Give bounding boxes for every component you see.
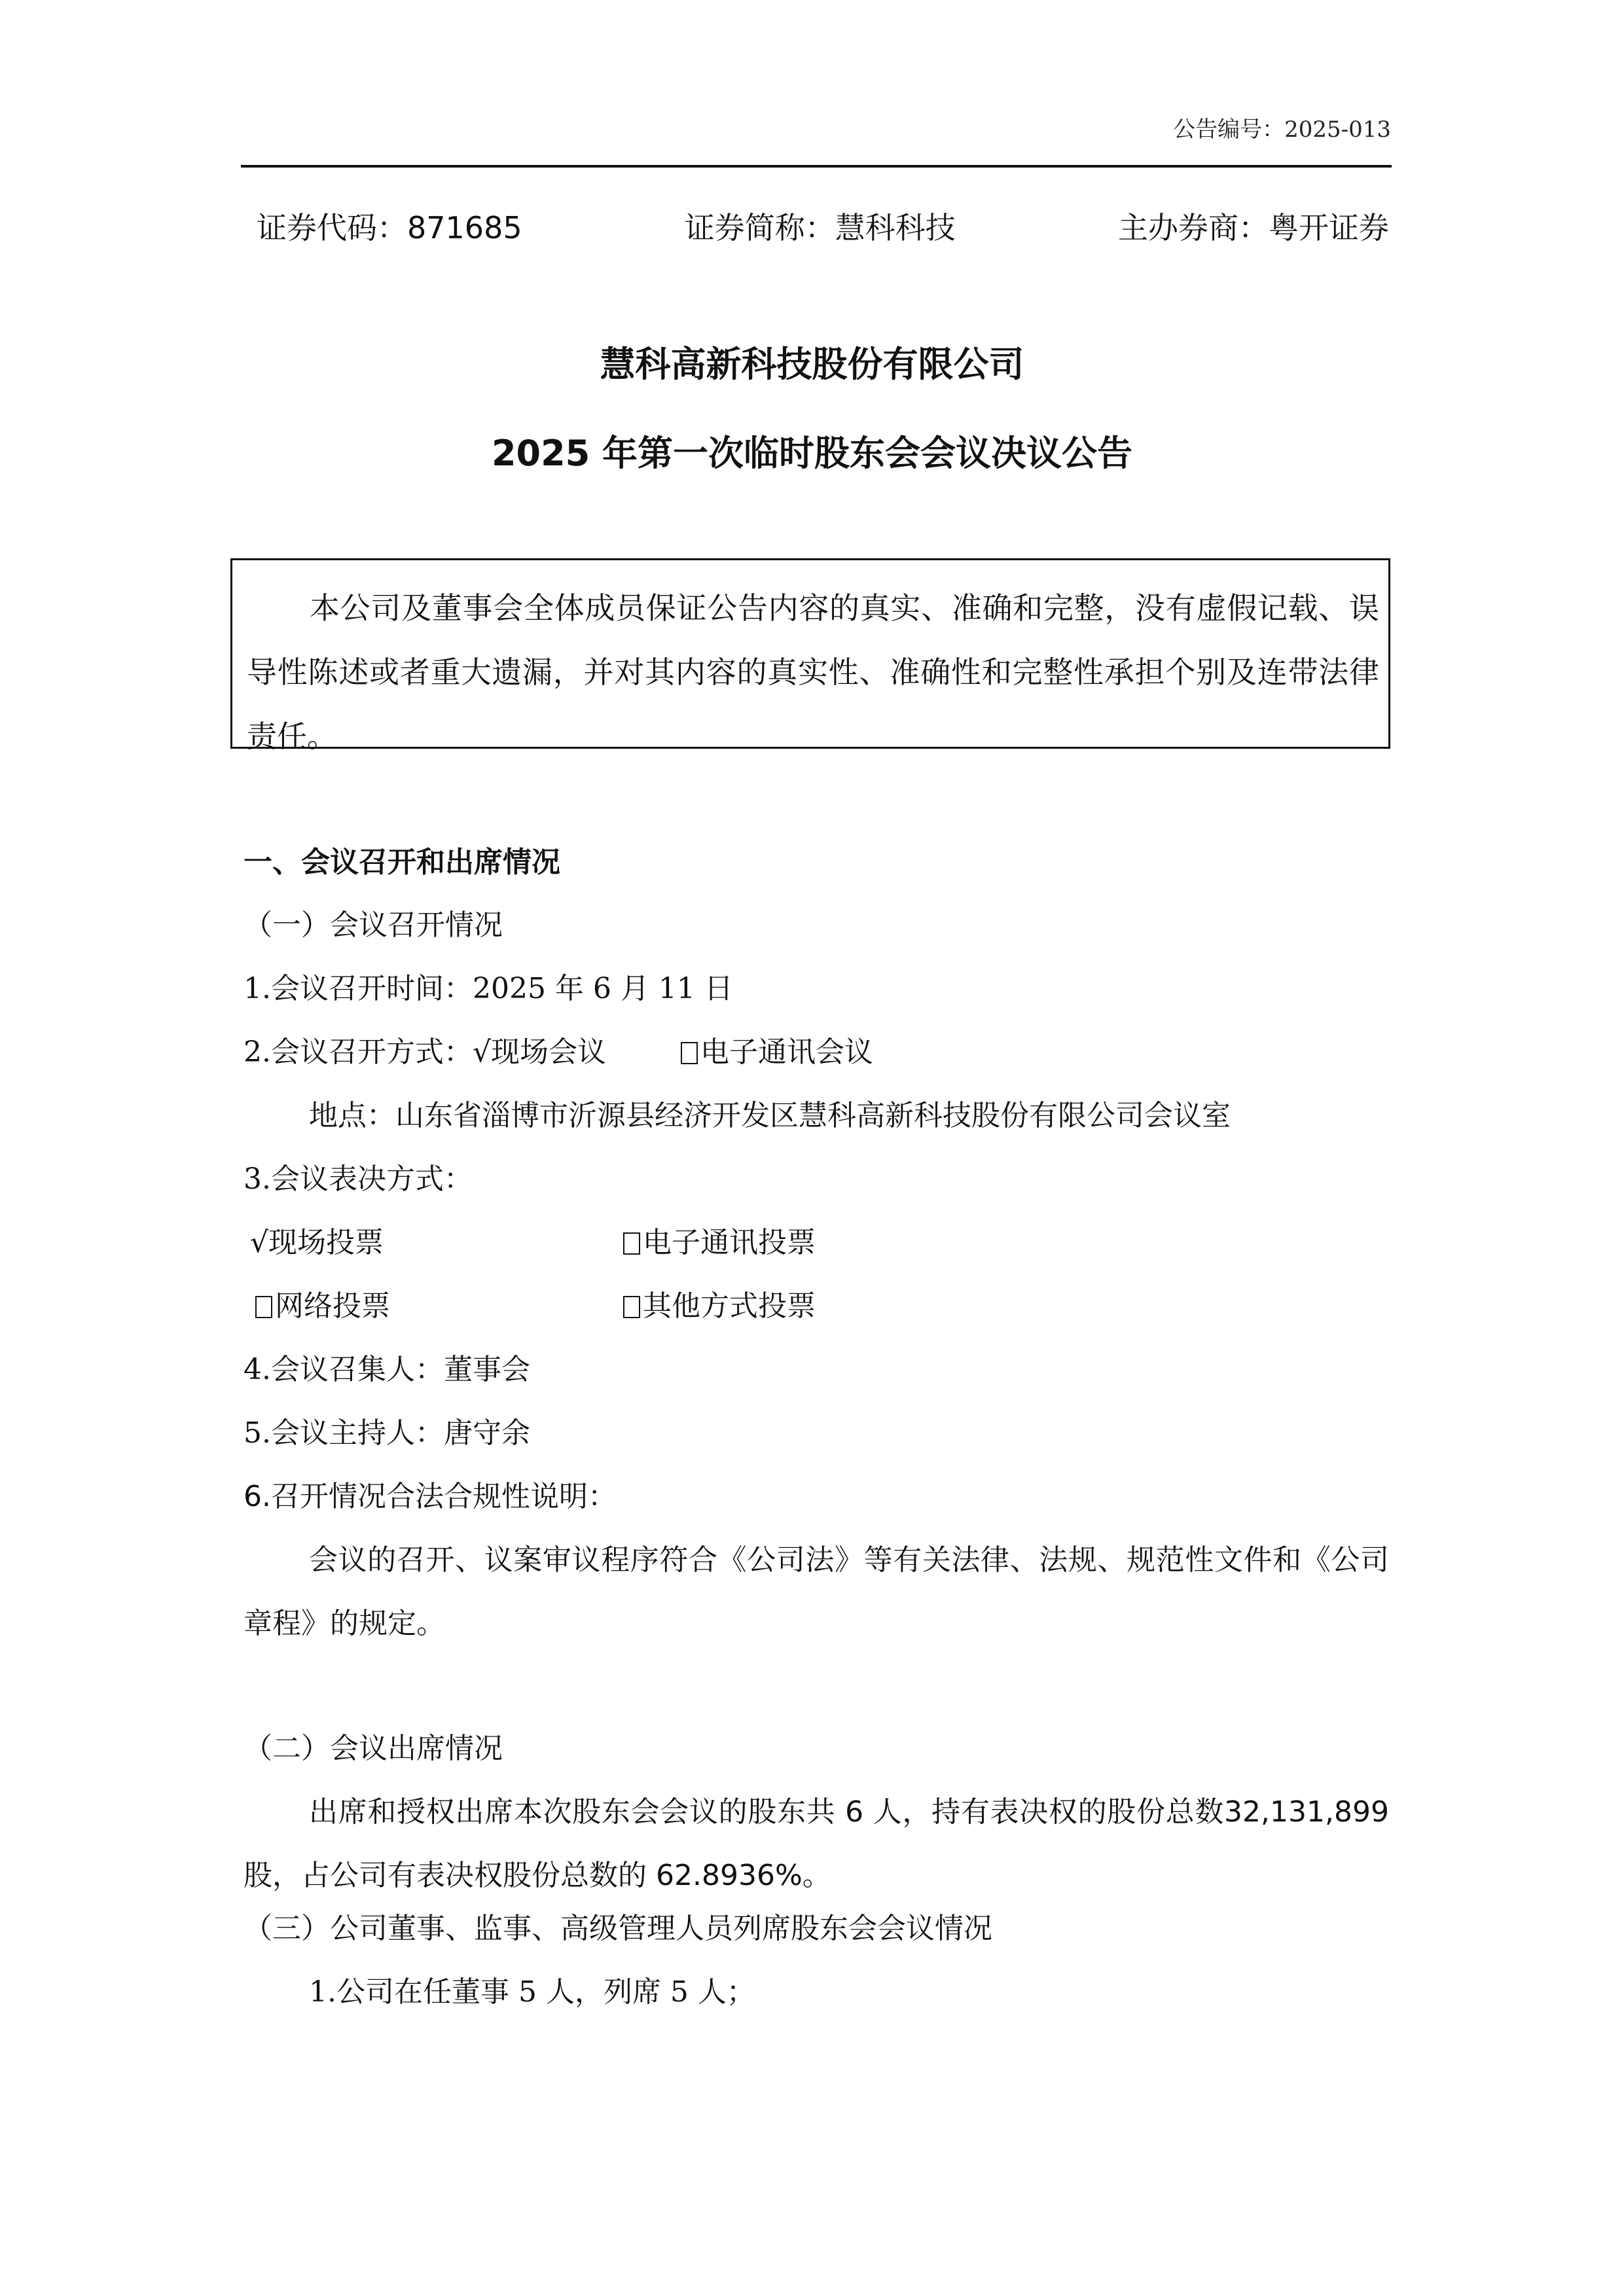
check-icon: √ (250, 1223, 268, 1263)
disclaimer-text: 本公司及董事会全体成员保证公告内容的真实、准确和完整，没有虚假记载、误导性陈述或… (247, 576, 1379, 768)
security-code: 证券代码：871685 (257, 208, 522, 247)
sponsor-broker: 主办券商：粤开证券 (1118, 208, 1389, 247)
option-electronic-meeting: 电子通讯会议 (700, 1035, 873, 1069)
empty-checkbox-icon (623, 1232, 640, 1255)
section-heading-1: 一、会议召开和出席情况 (244, 843, 560, 882)
empty-checkbox-icon (681, 1042, 698, 1064)
subsection-heading-1: （一）会议召开情况 (244, 906, 503, 945)
empty-checkbox-icon (623, 1296, 640, 1318)
subsection-heading-3: （三）公司董事、监事、高级管理人员列席股东会会议情况 (244, 1909, 992, 1948)
meeting-convener: 4.会议召集人：董事会 (244, 1350, 530, 1390)
meeting-method: 2.会议召开方式：√现场会议 电子通讯会议 (244, 1033, 873, 1072)
security-short-name: 证券简称：慧科科技 (685, 208, 956, 247)
meeting-time: 1.会议召开时间：2025 年 6 月 11 日 (244, 969, 733, 1009)
attendance-text: 出席和授权出席本次股东会会议的股东共 6 人，持有表决权的股份总数32,131,… (244, 1780, 1389, 1907)
shareholder-count: 6 (845, 1795, 863, 1829)
vote-option-electronic: 电子通讯投票 (623, 1223, 816, 1263)
compliance-label: 6.召开情况合法合规性说明： (244, 1477, 617, 1516)
subsection-heading-2: （二）会议出席情况 (244, 1729, 503, 1768)
company-title: 慧科高新科技股份有限公司 (0, 342, 1624, 387)
compliance-text: 会议的召开、议案审议程序符合《公司法》等有关法律、法规、规范性文件和《公司章程》… (244, 1528, 1389, 1655)
empty-checkbox-icon (255, 1296, 272, 1318)
voting-percentage: 62.8936% (656, 1859, 803, 1892)
meeting-location: 地点：山东省淄博市沂源县经济开发区慧科高新科技股份有限公司会议室 (309, 1096, 1231, 1136)
vote-option-other: 其他方式投票 (623, 1287, 816, 1326)
directors-attendance: 1.公司在任董事 5 人，列席 5 人； (309, 1973, 755, 2012)
meeting-method-label: 2.会议召开方式： (244, 1035, 473, 1069)
vote-option-network: 网络投票 (255, 1287, 390, 1326)
option-onsite-meeting: 现场会议 (491, 1035, 606, 1069)
meeting-host: 5.会议主持人：唐守余 (244, 1414, 530, 1453)
document-title: 2025 年第一次临时股东会会议决议公告 (0, 431, 1624, 476)
voting-method-label: 3.会议表决方式： (244, 1160, 473, 1199)
security-info-row: 证券代码：871685 证券简称：慧科科技 主办券商：粤开证券 (257, 208, 1389, 247)
announcement-number: 公告编号：2025-013 (1173, 117, 1391, 143)
check-icon: √ (473, 1033, 491, 1072)
disclaimer-box: 本公司及董事会全体成员保证公告内容的真实、准确和完整，没有虚假记载、误导性陈述或… (230, 558, 1390, 749)
header-divider (241, 165, 1392, 168)
vote-option-onsite: √现场投票 (250, 1223, 384, 1263)
voting-shares: 32,131,899 (1224, 1795, 1389, 1829)
